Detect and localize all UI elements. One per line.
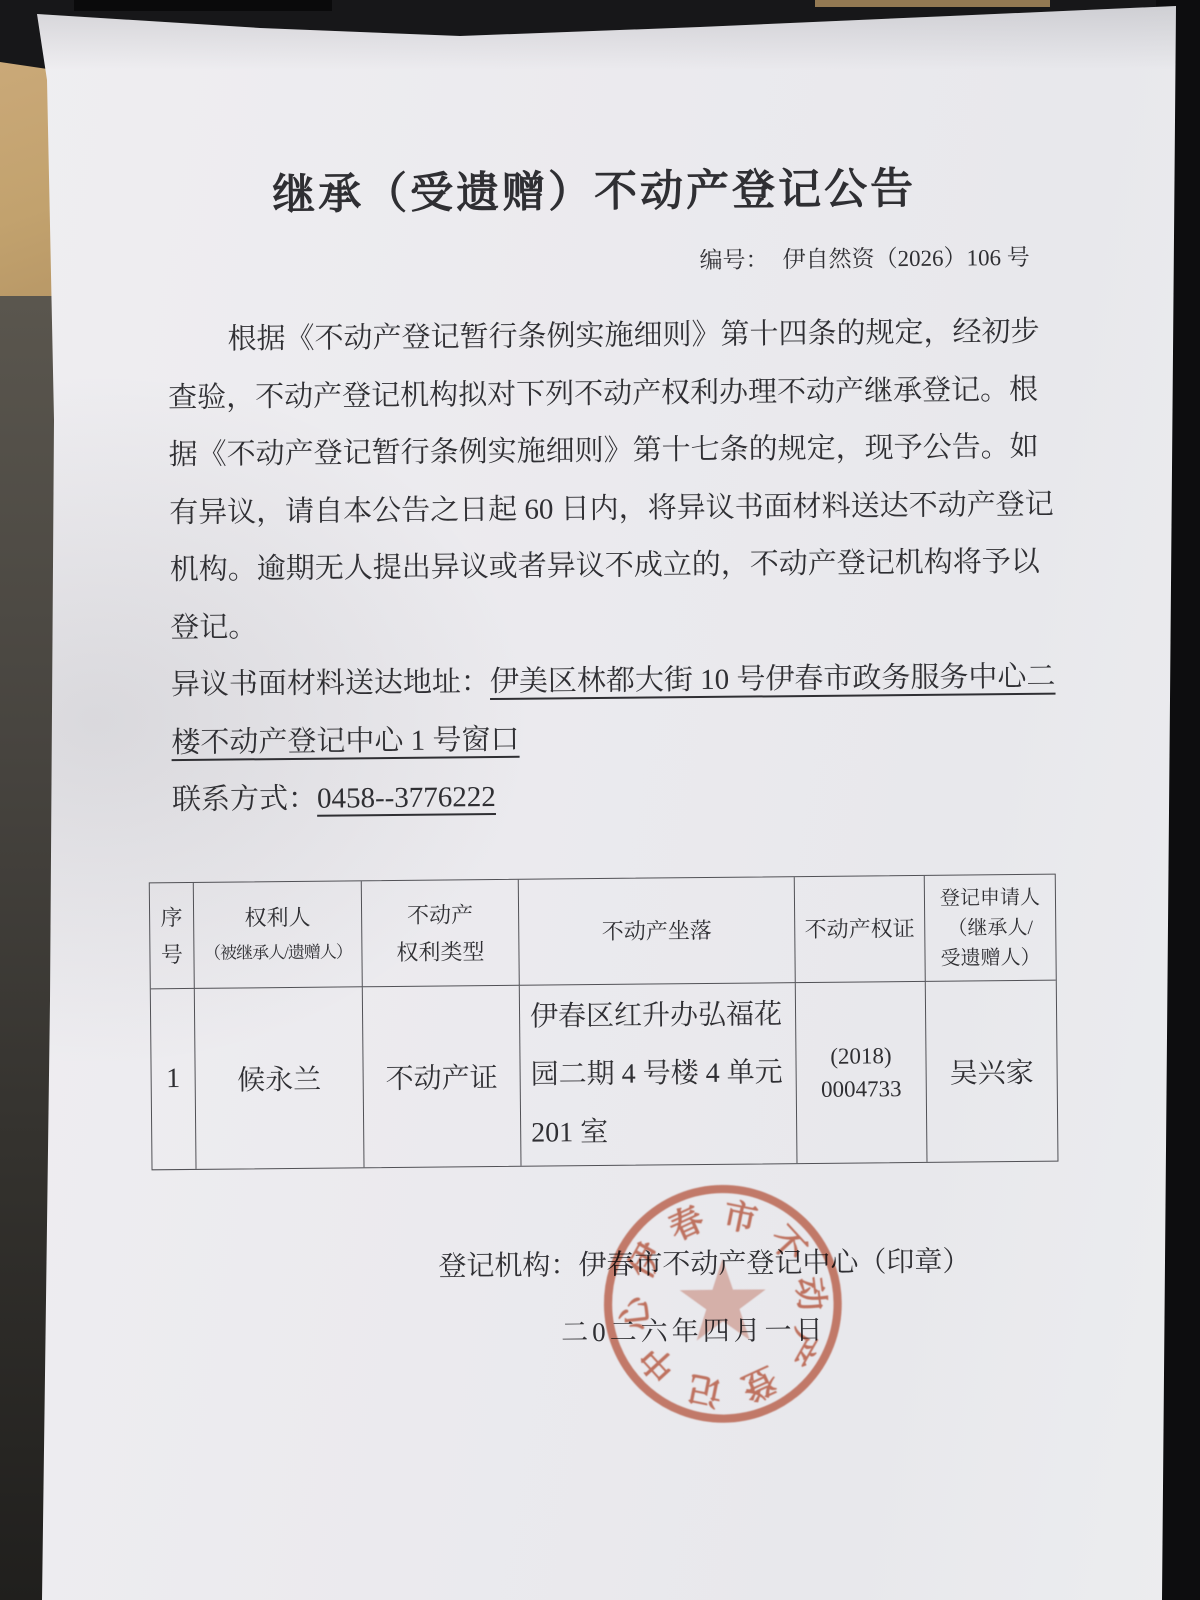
table-cell-applicant: 吴兴家 bbox=[926, 981, 1058, 1162]
table-cell-location: 伊春区红升办弘福花 园二期 4 号楼 4 单元 201 室 bbox=[520, 983, 798, 1166]
seal-star-icon bbox=[679, 1258, 766, 1340]
table-header-applicant: 登记申请人 （继承人/ 受遗赠人） bbox=[925, 875, 1056, 982]
contact-number: 0458--3776222 bbox=[317, 781, 496, 815]
body-line: 据《不动产登记暂行条例实施细则》第十七条的规定，现予公告。如 bbox=[168, 419, 1025, 485]
body-line: 根据《不动产登记暂行条例实施细则》第十四条的规定，经初步 bbox=[167, 304, 1024, 370]
table-cell-seq: 1 bbox=[151, 989, 197, 1169]
address-label: 异议书面材料送达地址： bbox=[171, 666, 490, 701]
body-line: 登记。 bbox=[170, 591, 1027, 657]
svg-text:动: 动 bbox=[789, 1275, 832, 1313]
notice-body: 根据《不动产登记暂行条例实施细则》第十四条的规定，经初步 查验，不动产登记机构拟… bbox=[167, 304, 1028, 830]
page-title: 继承（受遗赠）不动产登记公告 bbox=[144, 154, 1045, 224]
svg-text:记: 记 bbox=[685, 1368, 726, 1413]
address-line-2: 楼不动产登记中心 1 号窗口 bbox=[171, 706, 1028, 772]
body-line: 查验，不动产登记机构拟对下列不动产权利办理不动产继承登记。根 bbox=[168, 361, 1025, 427]
document-content: 继承（受遗赠）不动产登记公告 编号：伊自然资（2026）106 号 根据《不动产… bbox=[0, 0, 1200, 1600]
table-header-certificate: 不动产权证 bbox=[795, 876, 926, 983]
address-line-1: 异议书面材料送达地址：伊美区林都大街 10 号伊春市政务服务中心二 bbox=[171, 649, 1028, 715]
address-value-part2: 楼不动产登记中心 1 号窗口 bbox=[171, 723, 519, 758]
doc-number-label: 编号： bbox=[699, 247, 768, 273]
table-header-right-type: 不动产 权利类型 bbox=[362, 880, 520, 988]
official-seal-stamp: 伊春市不动产登记中心 bbox=[557, 1138, 888, 1469]
registration-table: 序 号 权利人 （被继承人/遗赠人） 不动产 权利类型 不动产坐落 不动产权证 … bbox=[149, 874, 1059, 1171]
table-header-location: 不动产坐落 bbox=[519, 877, 796, 986]
svg-text:心: 心 bbox=[614, 1294, 657, 1333]
address-value-part1: 伊美区林都大街 10 号伊春市政务服务中心二 bbox=[490, 661, 1056, 698]
doc-number-line: 编号：伊自然资（2026）106 号 bbox=[167, 239, 1030, 280]
contact-label: 联系方式： bbox=[172, 783, 317, 816]
doc-number-value: 伊自然资（2026）106 号 bbox=[782, 245, 1029, 272]
table-header-seq: 序 号 bbox=[150, 883, 195, 989]
body-line: 机构。逾期无人提出异议或者异议不成立的，不动产登记机构将予以 bbox=[170, 534, 1027, 600]
svg-text:市: 市 bbox=[720, 1195, 761, 1240]
contact-line: 联系方式：0458--3776222 bbox=[172, 764, 1029, 830]
table-cell-right-type: 不动产证 bbox=[363, 986, 522, 1167]
body-line: 有异议，请自本公告之日起 60 日内，将异议书面材料送达不动产登记 bbox=[169, 476, 1026, 542]
table-header-holder: 权利人 （被继承人/遗赠人） bbox=[194, 881, 363, 989]
table-cell-holder: 候永兰 bbox=[195, 987, 365, 1169]
table-cell-certificate: (2018) 0004733 bbox=[796, 982, 928, 1163]
